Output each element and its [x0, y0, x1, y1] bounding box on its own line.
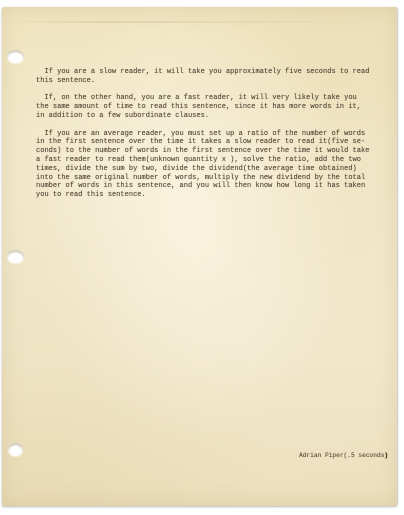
punch-hole-middle: [7, 250, 24, 263]
punch-hole-top: [7, 50, 24, 63]
signature-overstrike-mark: ): [384, 452, 388, 459]
typed-text-block: If you are a slow reader, it will take y…: [36, 68, 381, 209]
document-page: If you are a slow reader, it will take y…: [2, 7, 397, 506]
paragraph-slow-reader: If you are a slow reader, it will take y…: [36, 68, 381, 86]
paper-crease: [2, 21, 397, 23]
paragraph-average-reader: If you are an average reader, you must s…: [36, 130, 381, 200]
punch-hole-bottom: [8, 443, 23, 456]
signature-text: Adrian Piper(.5 seconds: [299, 452, 384, 459]
paragraph-fast-reader: If, on the other hand, you are a fast re…: [36, 94, 381, 120]
signature: Adrian Piper(.5 seconds): [299, 451, 388, 460]
scan-background: If you are a slow reader, it will take y…: [0, 0, 404, 515]
